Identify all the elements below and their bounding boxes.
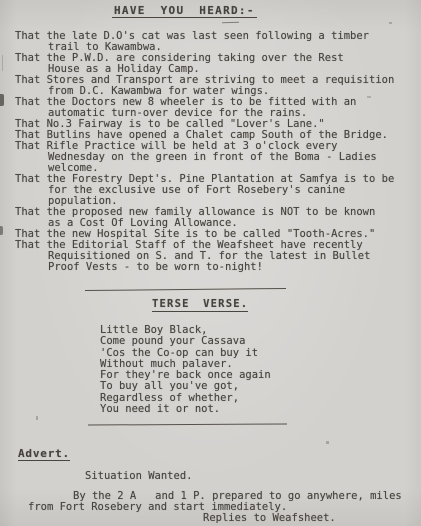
terse-verse-header: TERSE VERSE. (152, 299, 406, 314)
terse-verse-poem: Little Boy Black, Come pound your Cassav… (100, 325, 406, 415)
scan-artifact (0, 94, 4, 106)
scan-artifact (389, 22, 392, 24)
list-item: That the Doctors new 8 wheeler is to be … (15, 97, 406, 119)
advert-replies: Replies to Weafsheet. (203, 513, 406, 524)
list-item: That the Editorial Staff of the Weafshee… (15, 240, 406, 273)
advert-heading: Advert. (18, 448, 70, 461)
have-you-heard-list: That the late D.O's cat was last seen fo… (15, 31, 406, 273)
list-item: That Rifle Practice will be held at 3 o'… (15, 141, 406, 174)
scan-artifact (36, 416, 38, 420)
section-divider (85, 288, 286, 291)
page-title: HAVE YOU HEARD:- (112, 5, 257, 18)
scan-artifact (326, 441, 329, 444)
list-item: That the P.W.D. are considering taking o… (15, 53, 406, 75)
page-header: HAVE YOU HEARD:- (15, 5, 406, 21)
newsletter-page: HAVE YOU HEARD:- That the late D.O's cat… (0, 0, 421, 526)
poem-line: You need it or not. (100, 404, 406, 415)
list-item: That Stores and Transport are striving t… (15, 75, 406, 97)
poem-line: Come pound your Cassava (100, 336, 406, 347)
advert-body: By the 2 A and 1 P. prepared to go anywh… (28, 491, 406, 513)
advert-header: Advert. (18, 448, 406, 463)
underline-mark (222, 22, 239, 24)
list-item: That the Forestry Dept's. Pine Plantatio… (15, 174, 406, 207)
scan-artifact (367, 96, 371, 98)
list-item: That the proposed new family allowance i… (15, 207, 406, 229)
list-item: That the late D.O's cat was last seen fo… (15, 31, 406, 53)
scan-artifact (0, 226, 3, 235)
section-divider (88, 424, 287, 426)
scan-artifact (2, 55, 3, 71)
terse-verse-heading: TERSE VERSE. (152, 299, 248, 312)
advert-subheading: Situation Wanted. (85, 471, 406, 482)
